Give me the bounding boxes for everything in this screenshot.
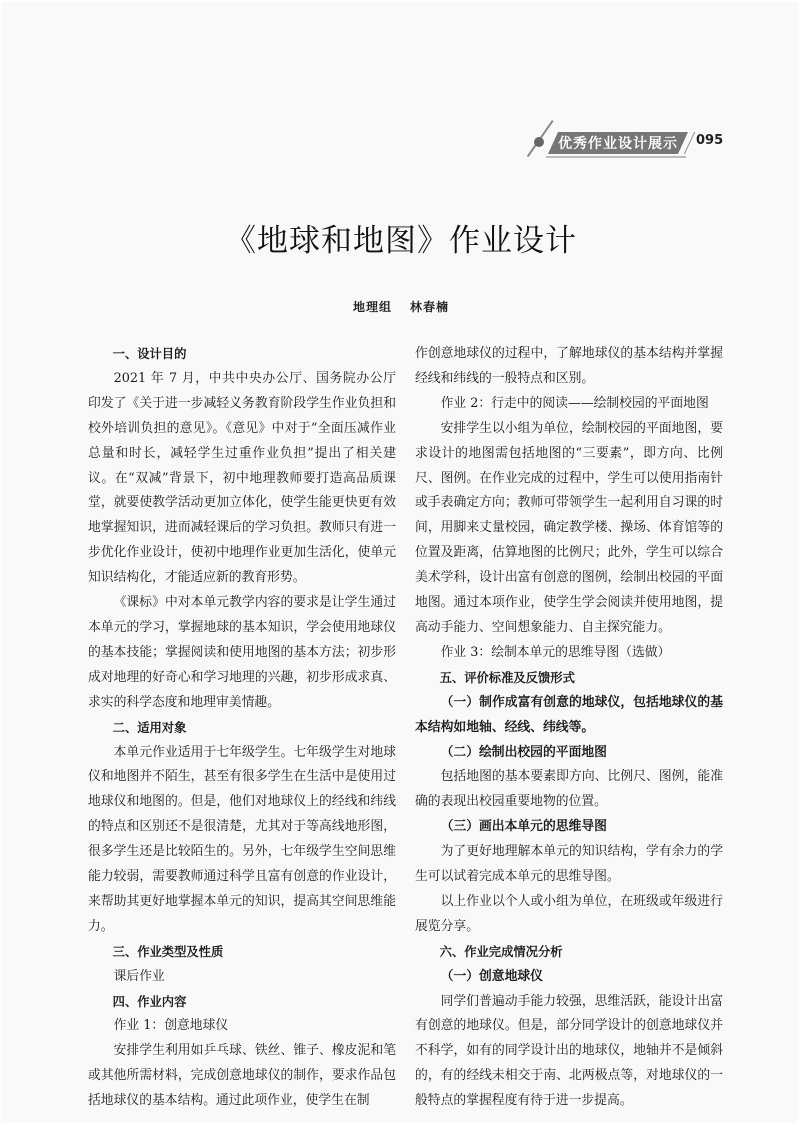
subheading: （一）制作成富有创意的地球仪，包括地球仪的基本结构如地轴、经线、纬线等。 (415, 691, 723, 741)
author-line: 地理组林春楠 (1, 298, 800, 315)
paragraph: 安排学生以小组为单位，绘制校园的平面地图，要求设计的地图需包括地图的“三要素”，… (415, 417, 723, 641)
badge-underline (546, 156, 686, 158)
paragraph: 作业 1：创意地球仪 (88, 1014, 396, 1039)
section-heading: 四、作业内容 (88, 990, 396, 1015)
author-dept: 地理组 (353, 300, 392, 314)
right-column: 作创意地球仪的过程中，了解地球仪的基本结构并掌握经线和纬线的一般特点和区别。作业… (415, 342, 723, 1114)
paragraph: 2021 年 7 月，中共中央办公厅、国务院办公厅印发了《关于进一步减轻义务教育… (88, 367, 396, 591)
paragraph: 《课标》中对本单元教学内容的要求是让学生通过本单元的学习，掌握地球的基本知识，学… (88, 591, 396, 716)
subheading: （二）绘制出校园的平面地图 (415, 741, 723, 766)
paragraph: 以上作业以个人或小组为单位，在班级或年级进行展览分享。 (415, 890, 723, 940)
left-column: 一、设计目的2021 年 7 月，中共中央办公厅、国务院办公厅印发了《关于进一步… (88, 342, 396, 1114)
section-heading: 一、设计目的 (88, 342, 396, 367)
paragraph: 同学们普遍动手能力较强，思维活跃，能设计出富有创意的地球仪。但是，部分同学设计的… (415, 990, 723, 1115)
section-heading: 二、适用对象 (88, 716, 396, 741)
paragraph: 本单元作业适用于七年级学生。七年级学生对地球仪和地图并不陌生，甚至有很多学生在生… (88, 741, 396, 940)
section-header-badge: 优秀作业设计展示 095 (526, 120, 726, 160)
author-name: 林春楠 (410, 300, 449, 314)
paragraph: 作业 3：绘制本单元的思维导图（选做） (415, 641, 723, 666)
subheading: （一）创意地球仪 (415, 965, 723, 990)
paragraph: 为了更好地理解本单元的知识结构，学有余力的学生可以试着完成本单元的思维导图。 (415, 840, 723, 890)
article-title: 《地球和地图》作业设计 (1, 215, 800, 260)
page-number: 095 (696, 133, 723, 148)
section-heading: 六、作业完成情况分析 (415, 940, 723, 965)
section-heading: 三、作业类型及性质 (88, 940, 396, 965)
subheading: （三）画出本单元的思维导图 (415, 815, 723, 840)
paragraph-continuation: 作创意地球仪的过程中，了解地球仪的基本结构并掌握经线和纬线的一般特点和区别。 (415, 342, 723, 392)
paragraph: 包括地图的基本要素即方向、比例尺、图例，能准确的表现出校园重要地物的位置。 (415, 765, 723, 815)
paragraph: 安排学生利用如乒乓球、铁丝、锥子、橡皮泥和笔或其他所需材料，完成创意地球仪的制作… (88, 1039, 396, 1114)
section-heading: 五、评价标准及反馈形式 (415, 666, 723, 691)
paragraph: 作业 2：行走中的阅读——绘制校园的平面地图 (415, 392, 723, 417)
section-label: 优秀作业设计展示 (548, 132, 688, 154)
decorative-dot-icon (534, 137, 544, 147)
document-page: 优秀作业设计展示 095 《地球和地图》作业设计 地理组林春楠 一、设计目的20… (1, 2, 798, 1123)
paragraph: 课后作业 (88, 965, 396, 990)
